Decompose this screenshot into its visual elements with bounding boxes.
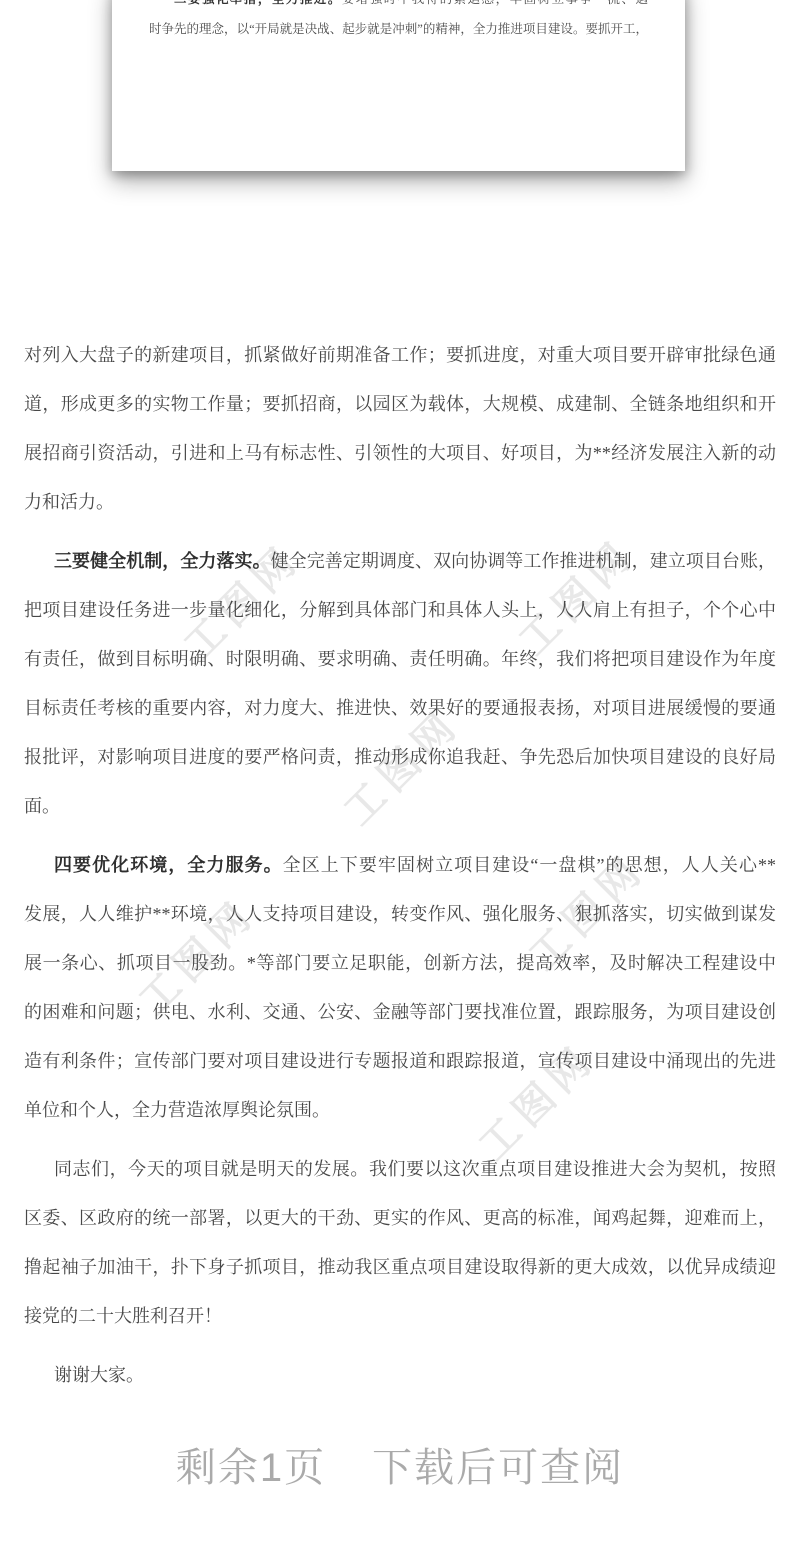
text-line: 对列入大盘子的新建项目，抓紧做好前期准备工作；要抓进度，对重大项目要开辟审批绿色… — [24, 331, 776, 380]
paragraph: 谢谢大家。 — [24, 1351, 776, 1400]
text-line: 三要健全机制，全力落实。健全完善定期调度、双向协调等工作推进机制，建立项目台账， — [24, 537, 776, 586]
text-line: 把项目建设任务进一步量化细化，分解到具体部门和具体人头上，人人肩上有担子，个个心… — [24, 586, 776, 635]
remaining-count-text: 剩余1页 — [176, 1446, 326, 1490]
remaining-pages-bar[interactable]: 剩余1页下载后可查阅 — [0, 1442, 800, 1494]
text-line: 展招商引资活动，引进和上马有标志性、引领性的大项目、好项目，为**经济发展注入新… — [24, 429, 776, 478]
text-line: 接党的二十大胜利召开！ — [24, 1292, 776, 1341]
document-body: 对列入大盘子的新建项目，抓紧做好前期准备工作；要抓进度，对重大项目要开辟审批绿色… — [0, 0, 800, 1410]
text-line: 撸起袖子加油干，扑下身子抓项目，推动我区重点项目建设取得新的更大成效，以优异成绩… — [24, 1243, 776, 1292]
paragraph: 对列入大盘子的新建项目，抓紧做好前期准备工作；要抓进度，对重大项目要开辟审批绿色… — [24, 331, 776, 527]
paragraph-bold-lead: 四要优化环境，全力服务。 — [54, 855, 283, 875]
text-line: 目标责任考核的重要内容，对力度大、推进快、效果好的要通报表扬，对项目进展缓慢的要… — [24, 684, 776, 733]
text-line: 单位和个人，全力营造浓厚舆论氛围。 — [24, 1086, 776, 1135]
text-line: 面。 — [24, 782, 776, 831]
text-line: 四要优化环境，全力服务。全区上下要牢固树立项目建设“一盘棋”的思想，人人关心** — [24, 841, 776, 890]
paragraph: 同志们，今天的项目就是明天的发展。我们要以这次重点项目建设推进大会为契机，按照区… — [24, 1145, 776, 1341]
paragraph: 四要优化环境，全力服务。全区上下要牢固树立项目建设“一盘棋”的思想，人人关心**… — [24, 841, 776, 1135]
text-line: 谢谢大家。 — [24, 1351, 776, 1400]
text-line: 同志们，今天的项目就是明天的发展。我们要以这次重点项目建设推进大会为契机，按照 — [24, 1145, 776, 1194]
text-line: 发展，人人维护**环境，人人支持项目建设，转变作风、强化服务、狠抓落实，切实做到… — [24, 890, 776, 939]
text-line: 报批评，对影响项目进度的要严格问责，推动形成你追我赶、争先恐后加快项目建设的良好… — [24, 733, 776, 782]
paragraph-bold-lead: 三要健全机制，全力落实。 — [54, 551, 271, 571]
text-line: 有责任，做到目标明确、时限明确、要求明确、责任明确。年终，我们将把项目建设作为年… — [24, 635, 776, 684]
paragraph: 三要健全机制，全力落实。健全完善定期调度、双向协调等工作推进机制，建立项目台账，… — [24, 537, 776, 831]
text-line: 区委、区政府的统一部署，以更大的干劲、更实的作风、更高的标准，闻鸡起舞，迎难而上… — [24, 1194, 776, 1243]
download-hint-text: 下载后可查阅 — [372, 1446, 624, 1490]
text-line: 道，形成更多的实物工作量；要抓招商，以园区为载体，大规模、成建制、全链条地组织和… — [24, 380, 776, 429]
text-line: 展一条心、抓项目一股劲。*等部门要立足职能，创新方法，提高效率，及时解决工程建设… — [24, 939, 776, 988]
text-line: 的困难和问题；供电、水利、交通、公安、金融等部门要找准位置，跟踪服务，为项目建设… — [24, 988, 776, 1037]
text-line: 造有利条件；宣传部门要对项目建设进行专题报道和跟踪报道，宣传项目建设中涌现出的先… — [24, 1037, 776, 1086]
document-preview-page: 二要强化举措，全力推进。要增强时不我待的紧迫感，牢固树立事争一流、遇 时争先的理… — [0, 0, 800, 1546]
text-line: 力和活力。 — [24, 478, 776, 527]
